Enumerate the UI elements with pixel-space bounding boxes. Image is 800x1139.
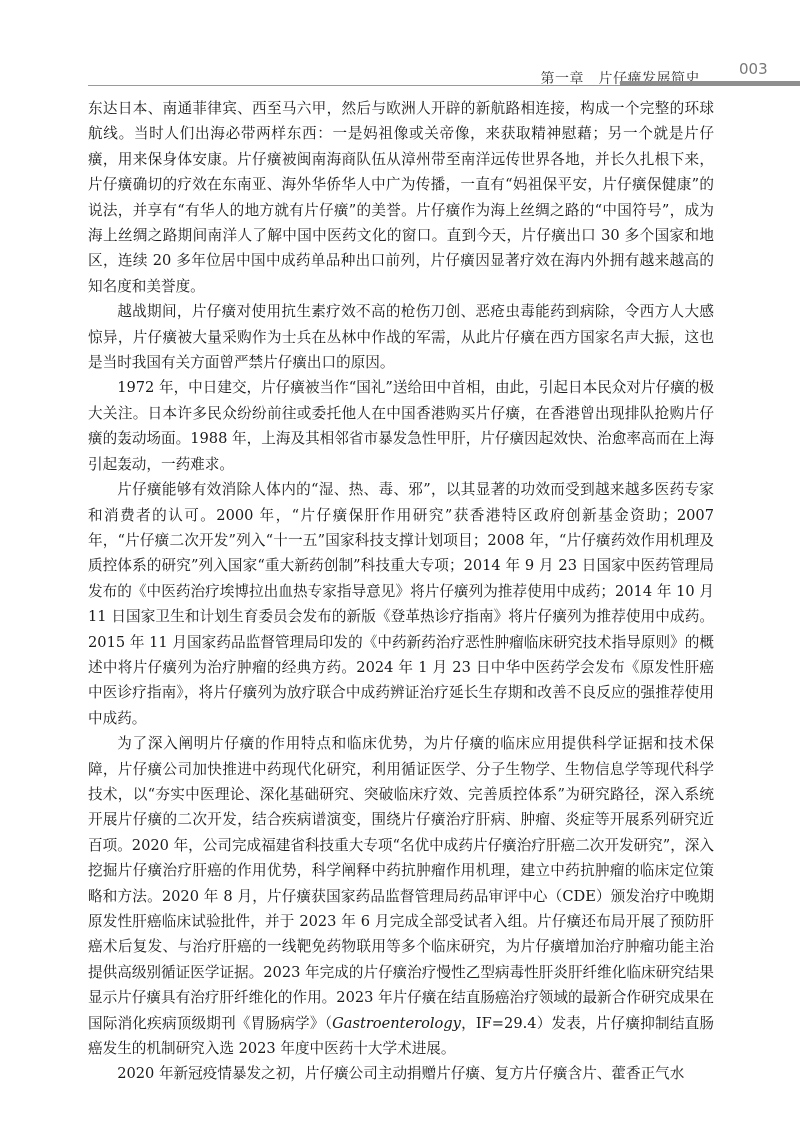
page-number: 003 <box>739 60 768 78</box>
paragraph-4: 片仔癀能够有效消除人体内的“湿、热、毒、邪”，以其显著的功效而受到越来越多医药专… <box>88 477 714 731</box>
page-number-bar <box>620 81 800 86</box>
body-text: 东达日本、南通菲律宾、西至马六甲，然后与欧洲人开辟的新航路相连接，构成一个完整的… <box>88 96 714 1087</box>
running-header: 第一章 片仔癀发展简史 003 <box>88 56 800 88</box>
paragraph-6: 2020 年新冠疫情暴发之初，片仔癀公司主动捐赠片仔癀、复方片仔癀含片、藿香正气… <box>88 1061 714 1086</box>
journal-name: Gastroenterology <box>332 1015 461 1032</box>
paragraph-5-part-1: 为了深入阐明片仔癀的作用特点和临床优势，为片仔癀的临床应用提供科学证据和技术保障… <box>88 735 714 1031</box>
paragraph-1: 东达日本、南通菲律宾、西至马六甲，然后与欧洲人开辟的新航路相连接，构成一个完整的… <box>88 96 714 299</box>
paragraph-3: 1972 年，中日建交，片仔癀被当作“国礼”送给田中首相，由此，引起日本民众对片… <box>88 375 714 477</box>
paragraph-5: 为了深入阐明片仔癀的作用特点和临床优势，为片仔癀的临床应用提供科学证据和技术保障… <box>88 731 714 1061</box>
paragraph-2: 越战期间，片仔癀对使用抗生素疗效不高的枪伤刀创、恶疮虫毒能药到病除，令西方人大感… <box>88 299 714 375</box>
